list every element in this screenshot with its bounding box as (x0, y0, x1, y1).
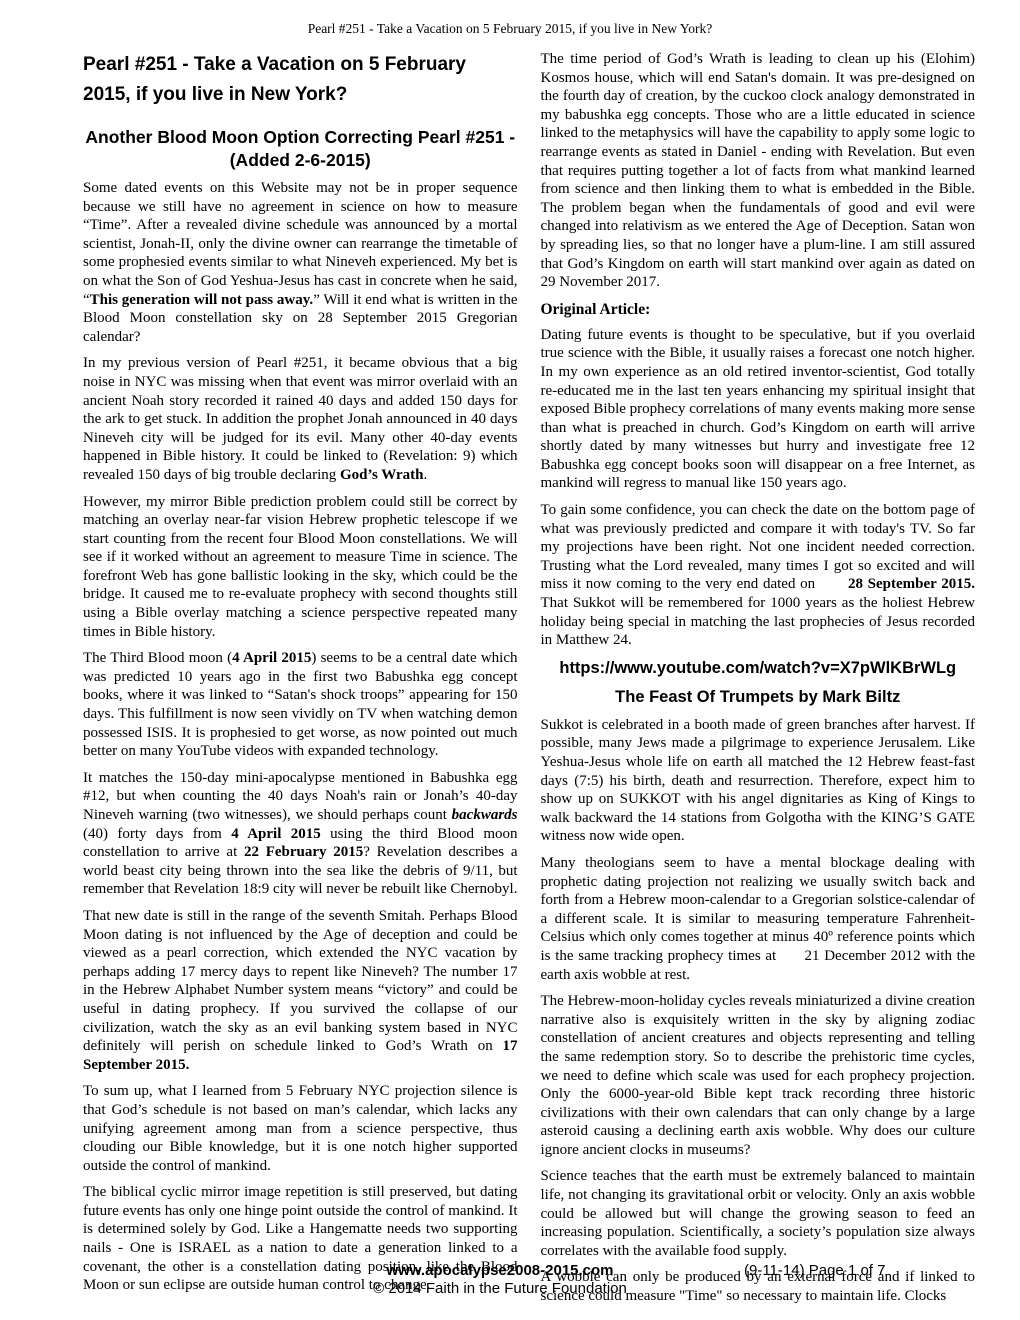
paragraph: Dating future events is thought to be sp… (541, 326, 976, 493)
youtube-link[interactable]: https://www.youtube.com/watch?v=X7pWlKBr… (541, 658, 976, 679)
paragraph: However, my mirror Bible prediction prob… (83, 493, 518, 642)
footer-copyright: © 2014 Faith in the Future Foundation (180, 1280, 820, 1298)
paragraph: To sum up, what I learned from 5 Februar… (83, 1082, 518, 1175)
footer-center: www.apocalypse2008-2015.com © 2014 Faith… (180, 1262, 820, 1298)
left-column: Pearl #251 - Take a Vacation on 5 Februa… (83, 50, 518, 1303)
paragraph: It matches the 150-day mini-apocalypse m… (83, 769, 518, 899)
footer-page-info: (9-11-14) Page 1 of 7 (744, 1262, 885, 1280)
article-title: Pearl #251 - Take a Vacation on 5 Februa… (83, 50, 518, 110)
paragraph: In my previous version of Pearl #251, it… (83, 354, 518, 484)
right-column: The time period of God’s Wrath is leadin… (541, 50, 976, 1314)
paragraph: Science teaches that the earth must be e… (541, 1167, 976, 1260)
original-article-heading: Original Article: (541, 300, 976, 319)
blood-moon-section-heading: Another Blood Moon Option Correcting Pea… (83, 126, 518, 172)
two-column-layout: Pearl #251 - Take a Vacation on 5 Februa… (0, 37, 1020, 1314)
document-page: Pearl #251 - Take a Vacation on 5 Februa… (0, 0, 1020, 1320)
running-header: Pearl #251 - Take a Vacation on 5 Februa… (0, 0, 1020, 37)
paragraph: Many theologians seem to have a mental b… (541, 854, 976, 984)
paragraph: That new date is still in the range of t… (83, 907, 518, 1074)
feast-of-trumpets-heading: The Feast Of Trumpets by Mark Biltz (541, 687, 976, 708)
original-article-paragraphs: Dating future events is thought to be sp… (541, 326, 976, 650)
left-column-paragraphs: Some dated events on this Website may no… (83, 179, 518, 1295)
paragraph: The Third Blood moon (4 April 2015) seem… (83, 649, 518, 761)
paragraph: Some dated events on this Website may no… (83, 179, 518, 346)
page-footer: www.apocalypse2008-2015.com © 2014 Faith… (0, 1262, 1020, 1298)
paragraph: The Hebrew-moon-holiday cycles reveals m… (541, 992, 976, 1159)
paragraph: The time period of God’s Wrath is leadin… (541, 50, 976, 292)
footer-site-url: www.apocalypse2008-2015.com (180, 1262, 820, 1280)
paragraph: To gain some confidence, you can check t… (541, 501, 976, 650)
feast-paragraphs: Sukkot is celebrated in a booth made of … (541, 716, 976, 1306)
paragraph: Sukkot is celebrated in a booth made of … (541, 716, 976, 846)
right-intro-paragraphs: The time period of God’s Wrath is leadin… (541, 50, 976, 292)
